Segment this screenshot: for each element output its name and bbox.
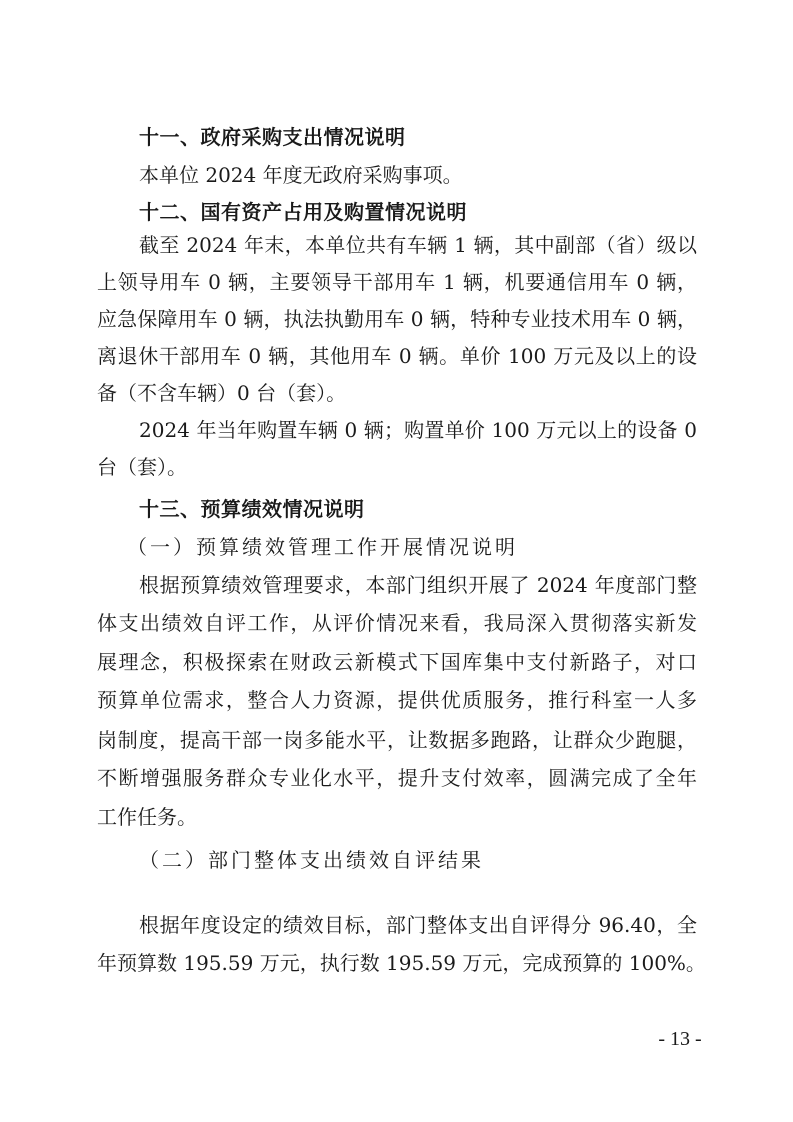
section-heading-12: 十二、国有资产占用及购置情况说明 [139, 197, 739, 227]
paragraph-line: 备（不含车辆）0 台（套）。 [97, 378, 697, 408]
paragraph-line: 工作任务。 [97, 802, 697, 832]
paragraph-line: 台（套）。 [97, 452, 697, 482]
paragraph-line: 体支出绩效自评工作，从评价情况来看，我局深入贯彻落实新发 [97, 608, 697, 638]
paragraph-line: 预算单位需求，整合人力资源，提供优质服务，推行科室一人多 [97, 685, 697, 715]
section-heading-13: 十三、预算绩效情况说明 [139, 494, 739, 524]
section-heading-11: 十一、政府采购支出情况说明 [139, 122, 739, 152]
document-page: 十一、政府采购支出情况说明 本单位 2024 年度无政府采购事项。 十二、国有资… [0, 0, 793, 1122]
paragraph-line: 年预算数 195.59 万元，执行数 195.59 万元，完成预算的 100%。 [97, 948, 697, 978]
paragraph-line: 离退休干部用车 0 辆，其他用车 0 辆。单价 100 万元及以上的设 [97, 341, 697, 371]
paragraph-line: 截至 2024 年末，本单位共有车辆 1 辆，其中副部（省）级以 [139, 230, 697, 260]
page-number: - 13 - [640, 1028, 720, 1051]
paragraph-line: 展理念，积极探索在财政云新模式下国库集中支付新路子，对口 [97, 647, 697, 677]
paragraph-line: 应急保障用车 0 辆，执法执勤用车 0 辆，特种专业技术用车 0 辆， [97, 304, 697, 334]
paragraph-line: 本单位 2024 年度无政府采购事项。 [139, 160, 697, 190]
subsection-heading-1: （一）预算绩效管理工作开展情况说明 [127, 532, 727, 562]
subsection-heading-2: （二）部门整体支出绩效自评结果 [139, 845, 739, 875]
paragraph-line: 上领导用车 0 辆，主要领导干部用车 1 辆，机要通信用车 0 辆， [97, 267, 697, 297]
paragraph-line: 根据年度设定的绩效目标，部门整体支出自评得分 96.40，全 [139, 910, 697, 940]
paragraph-line: 岗制度，提高干部一岗多能水平，让数据多跑路，让群众少跑腿， [97, 725, 697, 755]
paragraph-line: 根据预算绩效管理要求，本部门组织开展了 2024 年度部门整 [139, 570, 697, 600]
paragraph-line: 不断增强服务群众专业化水平，提升支付效率，圆满完成了全年 [97, 763, 697, 793]
paragraph-line: 2024 年当年购置车辆 0 辆；购置单价 100 万元以上的设备 0 [139, 415, 697, 445]
